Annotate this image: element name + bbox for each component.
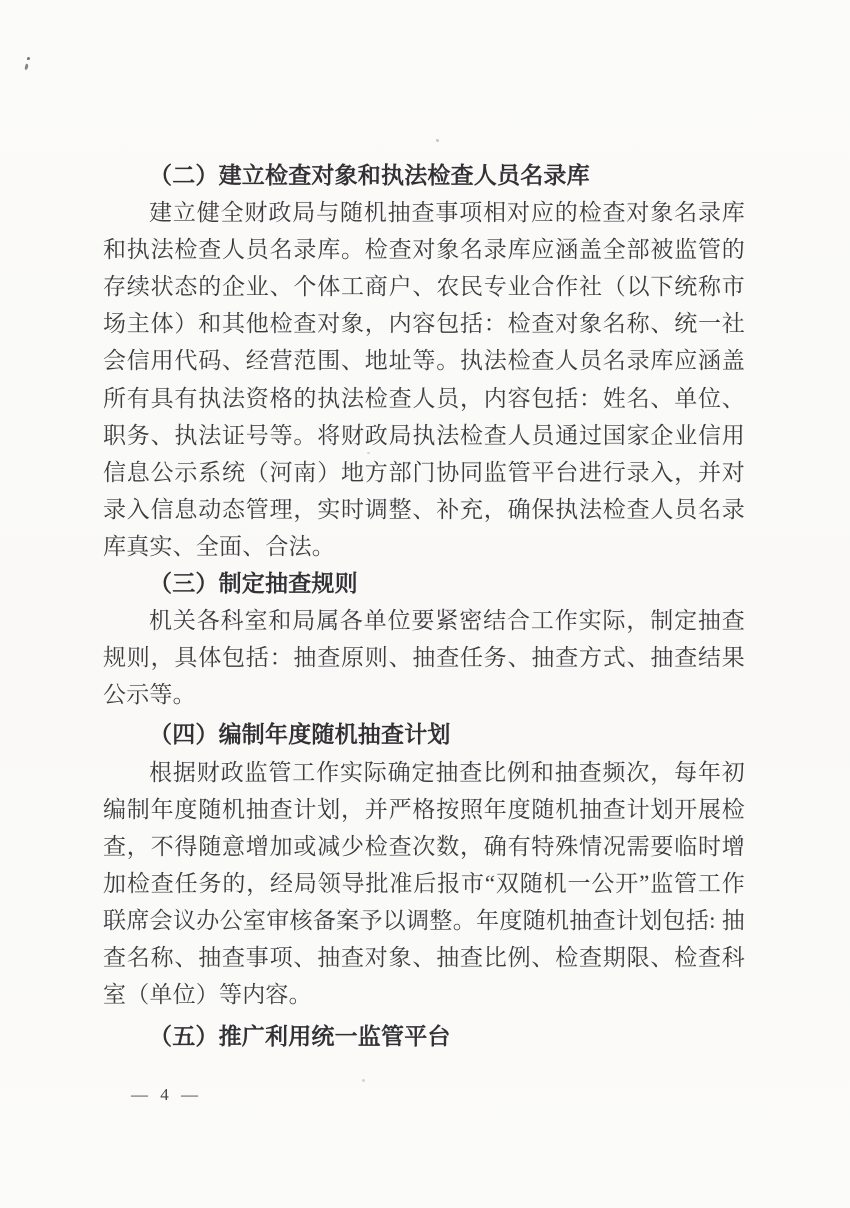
section-heading-5: （五）推广利用统一监管平台 [103, 1018, 745, 1055]
section-2-paragraph: 建立健全财政局与随机抽查事项相对应的检查对象名录库和执法检查人员名录库。检查对象… [103, 194, 745, 565]
section-heading-3: （三）制定抽查规则 [103, 565, 745, 602]
document-body: （二）建立检查对象和执法检查人员名录库 建立健全财政局与随机抽查事项相对应的检查… [103, 157, 745, 1055]
section-4-paragraph: 根据财政监管工作实际确定抽查比例和抽查频次，每年初编制年度随机抽查计划，并严格按… [103, 754, 745, 1014]
scan-speck [362, 1079, 365, 1082]
section-3-paragraph: 机关各科室和局属各单位要紧密结合工作实际，制定抽查规则，具体包括：抽查原则、抽查… [103, 602, 745, 713]
scan-smudge-artifact [25, 57, 31, 71]
section-heading-2: （二）建立检查对象和执法检查人员名录库 [103, 157, 745, 194]
page-number: — 4 — [131, 1085, 202, 1105]
scan-speck [436, 139, 439, 142]
document-page: （二）建立检查对象和执法检查人员名录库 建立健全财政局与随机抽查事项相对应的检查… [0, 0, 850, 1208]
section-heading-4: （四）编制年度随机抽查计划 [103, 716, 745, 753]
